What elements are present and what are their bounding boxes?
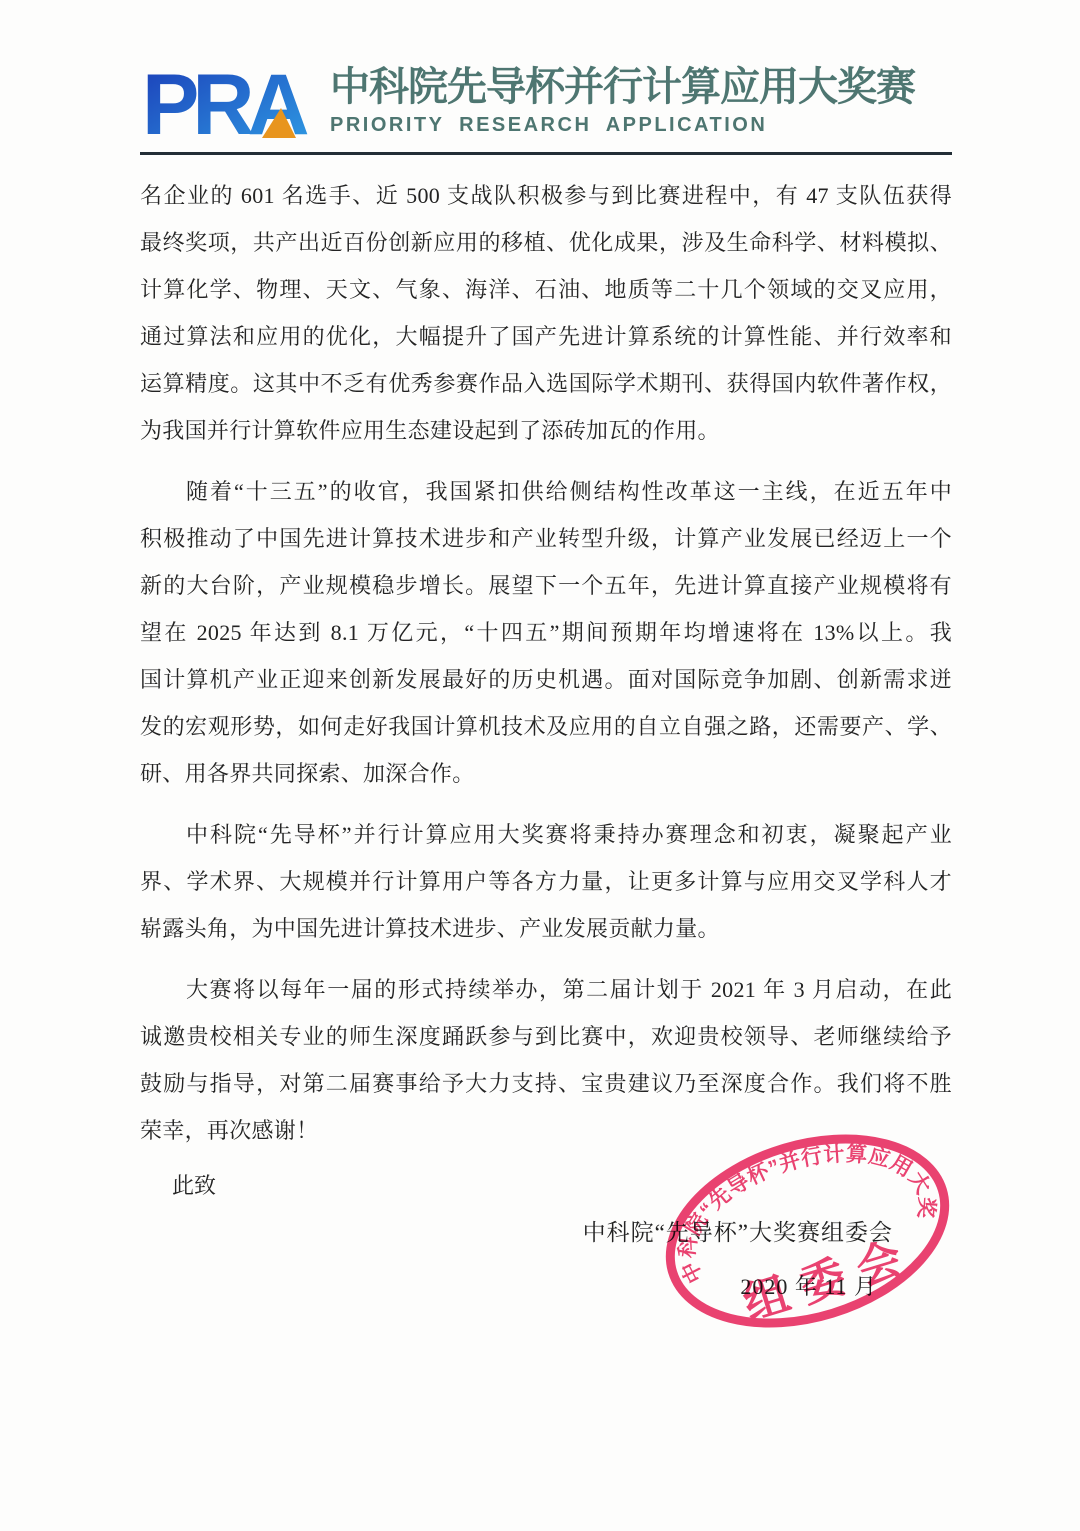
text-line: 荣幸，再次感谢！ xyxy=(140,1107,952,1154)
text-line: 诚邀贵校相关专业的师生深度踊跃参与到比赛中，欢迎贵校领导、老师继续给予 xyxy=(140,1013,952,1060)
text-line: 积极推动了中国先进计算技术进步和产业转型升级，计算产业发展已经迈上一个 xyxy=(140,515,952,562)
text-line: 为我国并行计算软件应用生态建设起到了添砖加瓦的作用。 xyxy=(140,407,952,454)
signature-line: 中科院“先导杯”大奖赛组委会 xyxy=(583,1218,893,1248)
letterhead-subtitle: PRIORITY RESEARCH APPLICATION xyxy=(330,113,915,137)
text-line: 计算化学、物理、天文、气象、海洋、石油、地质等二十几个领域的交叉应用， xyxy=(140,266,952,313)
text-line: 最终奖项，共产出近百份创新应用的移植、优化成果，涉及生命科学、材料模拟、 xyxy=(140,219,952,266)
letterhead: PRA 中科院先导杯并行计算应用大奖赛 PRIORITY RESEARCH AP… xyxy=(142,56,954,156)
text-line: 名企业的 601 名选手、近 500 支战队积极参与到比赛进程中，有 47 支队… xyxy=(140,172,952,219)
letter-body: 名企业的 601 名选手、近 500 支战队积极参与到比赛进程中，有 47 支队… xyxy=(140,172,952,1154)
text-line: 发的宏观形势，如何走好我国计算机技术及应用的自立自强之路，还需要产、学、 xyxy=(140,703,952,750)
text-line: 中科院“先导杯”并行计算应用大奖赛将秉持办赛理念和初衷，凝聚起产业 xyxy=(140,811,952,858)
logo-letters: PRA xyxy=(142,58,307,153)
paragraph: 随着“十三五”的收官，我国紧扣供给侧结构性改革这一主线，在近五年中积极推动了中国… xyxy=(140,468,952,797)
paragraph: 名企业的 601 名选手、近 500 支战队积极参与到比赛进程中，有 47 支队… xyxy=(140,172,952,454)
paragraph: 大赛将以每年一届的形式持续举办，第二届计划于 2021 年 3 月启动，在此诚邀… xyxy=(140,966,952,1154)
pra-logo-icon: PRA xyxy=(142,58,322,154)
text-line: 通过算法和应用的优化，大幅提升了国产先进计算系统的计算性能、并行效率和 xyxy=(140,313,952,360)
text-line: 鼓励与指导，对第二届赛事给予大力支持、宝贵建议乃至深度合作。我们将不胜 xyxy=(140,1060,952,1107)
text-line: 随着“十三五”的收官，我国紧扣供给侧结构性改革这一主线，在近五年中 xyxy=(140,468,952,515)
text-line: 大赛将以每年一届的形式持续举办，第二届计划于 2021 年 3 月启动，在此 xyxy=(140,966,952,1013)
letter-page: PRA 中科院先导杯并行计算应用大奖赛 PRIORITY RESEARCH AP… xyxy=(0,0,1080,1531)
date-line: 2020 年 11 月 xyxy=(740,1272,877,1302)
text-line: 望在 2025 年达到 8.1 万亿元，“十四五”期间预期年均增速将在 13%以… xyxy=(140,609,952,656)
header-divider xyxy=(140,152,952,155)
letterhead-title: 中科院先导杯并行计算应用大奖赛 xyxy=(330,64,915,110)
text-line: 界、学术界、大规模并行计算用户等各方力量，让更多计算与应用交叉学科人才 xyxy=(140,858,952,905)
closing-salute: 此致 xyxy=(140,1172,540,1200)
text-line: 研、用各界共同探索、加深合作。 xyxy=(140,750,952,797)
text-line: 运算精度。这其中不乏有优秀参赛作品入选国际学术期刊、获得国内软件著作权， xyxy=(140,360,952,407)
text-line: 国计算机产业正迎来创新发展最好的历史机遇。面对国际竞争加剧、创新需求迸 xyxy=(140,656,952,703)
paragraph: 中科院“先导杯”并行计算应用大奖赛将秉持办赛理念和初衷，凝聚起产业界、学术界、大… xyxy=(140,811,952,952)
text-line: 新的大台阶，产业规模稳步增长。展望下一个五年，先进计算直接产业规模将有 xyxy=(140,562,952,609)
letterhead-titles: 中科院先导杯并行计算应用大奖赛 PRIORITY RESEARCH APPLIC… xyxy=(330,64,915,137)
text-line: 崭露头角，为中国先进计算技术进步、产业发展贡献力量。 xyxy=(140,905,952,952)
